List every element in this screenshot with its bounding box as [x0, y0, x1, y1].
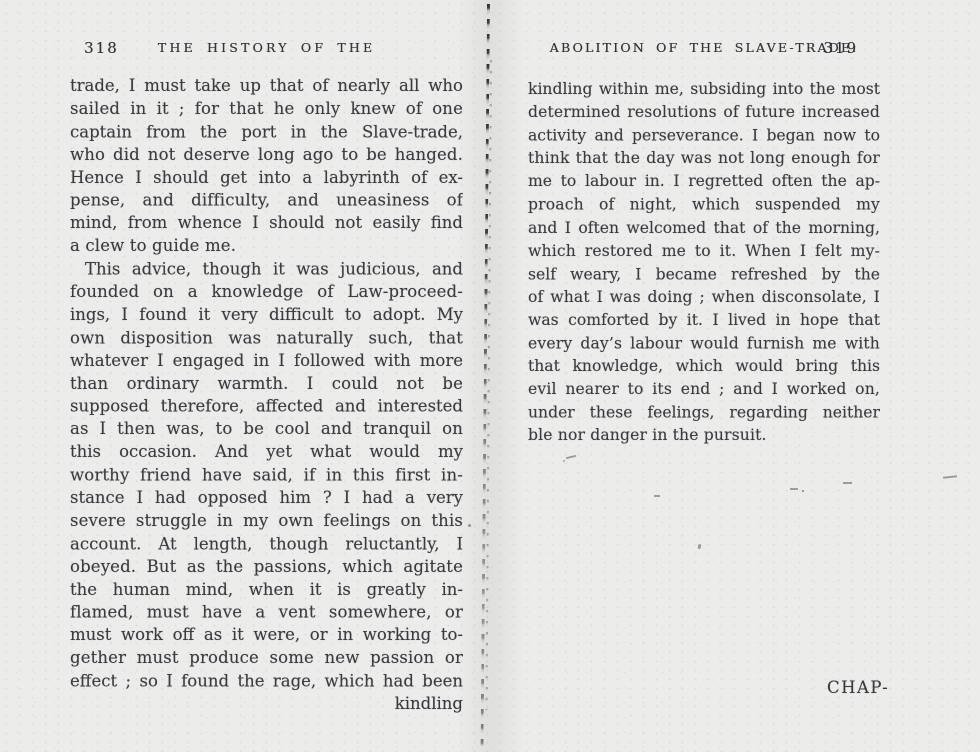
- text-line: evil nearer to its end ; and I worked on…: [528, 378, 880, 401]
- text-line: which restored me to it. When I felt my-: [528, 240, 880, 263]
- left-catchword: kindling: [70, 694, 463, 713]
- text-line: kindling within me, subsiding into the m…: [528, 78, 880, 101]
- text-line: who did not deserve long ago to be hange…: [70, 144, 463, 167]
- text-line: than ordinary warmth. I could not be: [70, 373, 463, 396]
- scan-artifact: [563, 460, 565, 462]
- right-page-text: kindling within me, subsiding into the m…: [528, 78, 880, 448]
- left-page-text: trade, I must take up that of nearly all…: [70, 75, 463, 693]
- right-page-header: ABOLITION OF THE SLAVE-TRADE. 319: [528, 40, 880, 58]
- text-line: flamed, must have a vent somewhere, or: [70, 602, 463, 625]
- text-line: severe struggle in my own feelings on th…: [70, 510, 463, 533]
- text-line: every day’s labour would furnish me with: [528, 332, 880, 355]
- text-line: own disposition was naturally such, that: [70, 327, 463, 350]
- text-line: gether must produce some new passion or: [70, 647, 463, 670]
- text-line: mind, from whence I should not easily fi…: [70, 212, 463, 235]
- text-line: of what I was doing ; when disconsolate,…: [528, 286, 880, 309]
- text-line: ble nor danger in the pursuit.: [528, 424, 880, 447]
- scan-artifact: [843, 482, 852, 484]
- text-line: founded on a knowledge of Law-proceed-: [70, 281, 463, 304]
- text-line: proach of night, which suspended my work…: [528, 194, 880, 217]
- text-line: me to labour in. I regretted often the a…: [528, 170, 880, 193]
- text-line: obeyed. But as the passions, which agita…: [70, 556, 463, 579]
- text-line: captain from the port in the Slave-trade…: [70, 121, 463, 144]
- left-page-number: 318: [84, 39, 119, 57]
- text-line: this occasion. And yet what would my: [70, 441, 463, 464]
- left-page: 318 THE HISTORY OF THE trade, I must tak…: [70, 40, 463, 713]
- text-line: think that the day was not long enough f…: [528, 147, 880, 170]
- right-page-number: 319: [823, 39, 858, 57]
- text-line: pense, and difficulty, and uneasiness of: [70, 190, 463, 213]
- text-line: a clew to guide me.: [70, 235, 463, 258]
- text-line: and I often welcomed that of the morning…: [528, 217, 880, 240]
- text-line: Hence I should get into a labyrinth of e…: [70, 167, 463, 190]
- text-line: supposed therefore, affected and interes…: [70, 396, 463, 419]
- text-line: must work off as it were, or in working …: [70, 624, 463, 647]
- scan-artifact: [790, 488, 798, 490]
- scan-artifact: [566, 455, 576, 459]
- text-line: the human mind, when it is greatly in-: [70, 579, 463, 602]
- left-running-title: THE HISTORY OF THE: [70, 40, 463, 55]
- right-page: ABOLITION OF THE SLAVE-TRADE. 319 kindli…: [528, 40, 880, 448]
- text-line: account. At length, though reluctantly, …: [70, 533, 463, 556]
- text-line: worthy friend have said, if in this firs…: [70, 464, 463, 487]
- text-line: was comforted by it. I lived in hope tha…: [528, 309, 880, 332]
- text-line: determined resolutions of future increas…: [528, 101, 880, 124]
- scan-artifact: [654, 495, 660, 497]
- right-catchword-chapter: CHAP-: [827, 678, 889, 697]
- scan-artifact: [943, 475, 957, 478]
- text-line: This advice, though it was judicious, an…: [70, 258, 463, 281]
- scan-artifact: [802, 490, 804, 492]
- left-page-header: 318 THE HISTORY OF THE: [70, 40, 463, 58]
- text-line: ings, I found it very difficult to adopt…: [70, 304, 463, 327]
- text-line: sailed in it ; for that he only knew of …: [70, 98, 463, 121]
- text-line: under these feelings, regarding neither …: [528, 402, 880, 425]
- text-line: that knowledge, which would bring this: [528, 355, 880, 378]
- text-line: stance I had opposed him ? I had a very: [70, 487, 463, 510]
- text-line: whatever I engaged in I followed with mo…: [70, 350, 463, 373]
- text-line: effect ; so I found the rage, which had …: [70, 670, 463, 693]
- text-line: as I then was, to be cool and tranquil o…: [70, 418, 463, 441]
- text-line: trade, I must take up that of nearly all…: [70, 75, 463, 98]
- text-line: self weary, I became refreshed by the th…: [528, 263, 880, 286]
- text-line: activity and perseverance. I began now t…: [528, 124, 880, 147]
- scan-artifact: [698, 544, 701, 549]
